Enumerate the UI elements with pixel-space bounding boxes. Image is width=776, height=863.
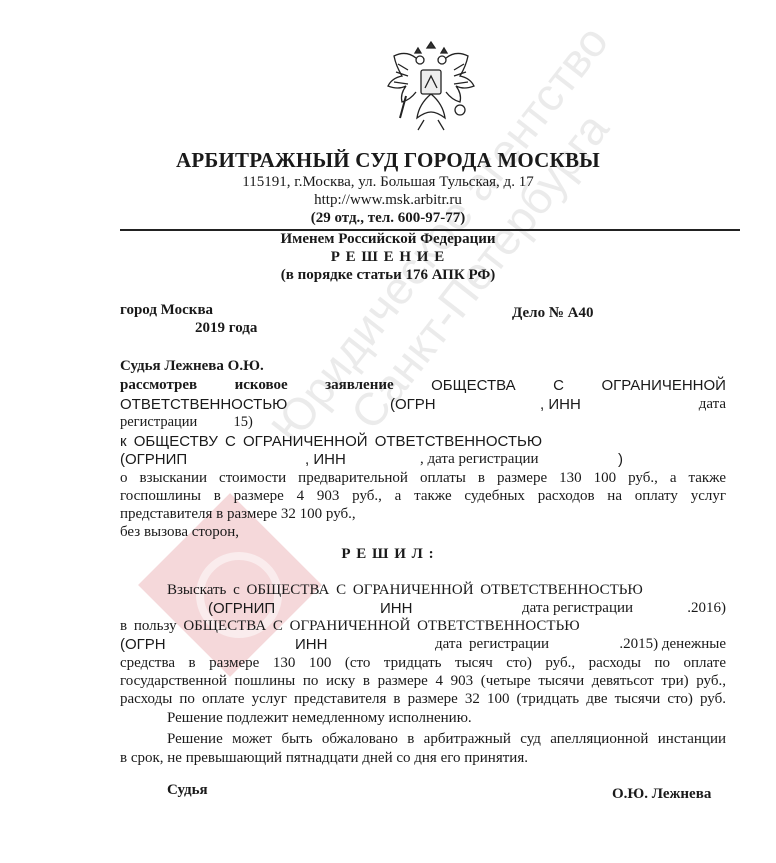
ruling-line-3: в пользу ОБЩЕСТВА С ОГРАНИЧЕННОЙ ОТВЕТСТ… bbox=[120, 618, 580, 635]
decided-heading: Р Е Ш И Л : bbox=[0, 546, 776, 563]
decision-date: 2019 года bbox=[195, 320, 257, 337]
claim-line-2: госпошлины в размере 4 903 руб., а также… bbox=[120, 488, 726, 505]
case-number: Дело № А40 bbox=[512, 305, 593, 322]
ruling-line-2: (ОГРНИП ИНН дата регистрации .2016) bbox=[120, 600, 726, 618]
appeal-line-1: Решение может быть обжаловано в арбитраж… bbox=[167, 731, 726, 748]
ruling-line-1: Взыскать с ОБЩЕСТВА С ОГРАНИЧЕННОЙ ОТВЕТ… bbox=[167, 582, 643, 599]
court-address: 115191, г.Москва, ул. Большая Тульская, … bbox=[0, 174, 776, 191]
judge-name: Судья Лежнева О.Ю. bbox=[120, 358, 264, 375]
decision-heading: Р Е Ш Е Н И Е bbox=[0, 249, 776, 266]
claim-line-3: представителя в размере 32 100 руб., bbox=[120, 506, 356, 523]
defendant-line: к ОБЩЕСТВУ С ОГРАНИЧЕННОЙ ОТВЕТСТВЕННОСТ… bbox=[120, 433, 542, 450]
coat-of-arms-icon bbox=[378, 36, 484, 136]
claim-line-1: о взыскании стоимости предварительной оп… bbox=[120, 470, 726, 487]
ruling-line-4: (ОГРН ИНН дата регистрации .2015) денежн… bbox=[120, 636, 726, 654]
claim-line-4: без вызова сторон, bbox=[120, 524, 239, 541]
court-website[interactable]: http://www.msk.arbitr.ru bbox=[0, 192, 776, 209]
court-decision-page: Юридическое агентство Санкт-Петербурга А… bbox=[0, 0, 776, 863]
ruling-line-7: расходы по оплате услуг представителя в … bbox=[120, 691, 726, 708]
intro-line-1: рассмотрев исковое заявление ОБЩЕСТВА С … bbox=[120, 377, 726, 394]
in-the-name-heading: Именем Российской Федерации bbox=[0, 231, 776, 248]
signature-title: Судья bbox=[167, 782, 208, 799]
signature-name: О.Ю. Лежнева bbox=[612, 786, 711, 803]
immediate-execution: Решение подлежит немедленному исполнению… bbox=[167, 710, 472, 727]
procedure-note: (в порядке статьи 176 АПК РФ) bbox=[0, 267, 776, 284]
court-name: АРБИТРАЖНЫЙ СУД ГОРОДА МОСКВЫ bbox=[0, 148, 776, 173]
court-department: (29 отд., тел. 600-97-77) bbox=[0, 210, 776, 227]
defendant-details: (ОГРНИП , ИНН , дата регистрации ) bbox=[120, 451, 620, 469]
ruling-line-5: средства в размере 130 100 (сто тридцать… bbox=[120, 655, 726, 672]
intro-line-2: ОТВЕТСТВЕННОСТЬЮ (ОГРН , ИНН дата bbox=[120, 396, 726, 414]
intro-line-3: регистрации 15) bbox=[120, 414, 253, 431]
city-label: город Москва bbox=[120, 302, 213, 319]
appeal-line-2: в срок, не превышающий пятнадцати дней с… bbox=[120, 750, 528, 767]
ruling-line-6: государственной пошлины по иску в размер… bbox=[120, 673, 726, 690]
